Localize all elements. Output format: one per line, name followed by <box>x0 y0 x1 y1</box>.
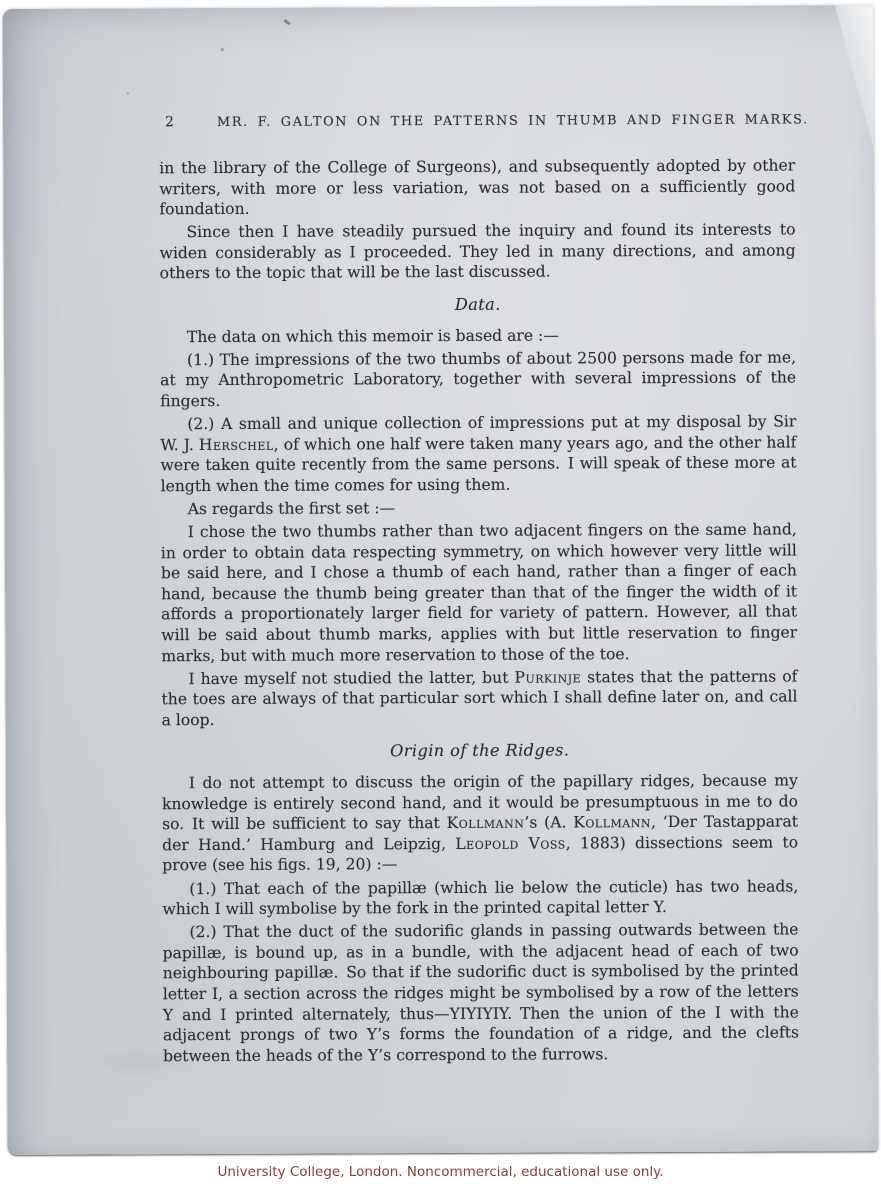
small-caps-name: Purkinje <box>514 668 581 686</box>
paragraph: in the library of the College of Surgeon… <box>159 155 795 220</box>
section-heading: Origin of the Ridges. <box>162 740 798 763</box>
running-header: 2 MR. F. GALTON ON THE PATTERNS IN THUMB… <box>159 111 795 131</box>
scan-background: { "colors": { "paper": "#d3d7db", "ink":… <box>0 0 881 1190</box>
page-body: in the library of the College of Surgeon… <box>159 155 799 1066</box>
page-content: 2 MR. F. GALTON ON THE PATTERNS IN THUMB… <box>159 111 799 1069</box>
page-number: 2 <box>165 114 217 130</box>
scanned-page: 2 MR. F. GALTON ON THE PATTERNS IN THUMB… <box>3 5 879 1155</box>
running-title: MR. F. GALTON ON THE PATTERNS IN THUMB A… <box>217 112 809 131</box>
section-heading: Data. <box>160 294 796 317</box>
footer-credit: University College, London. Noncommercia… <box>0 1158 881 1190</box>
paragraph: (1.) That each of the papillæ (which lie… <box>162 876 798 920</box>
paragraph: The data on which this memoir is based a… <box>160 324 796 347</box>
dust-speck <box>221 48 224 51</box>
pen-mark <box>283 19 290 26</box>
small-caps-name: Herschel <box>199 435 274 453</box>
small-caps-name: Leopold Voss <box>455 834 565 852</box>
small-caps-name: Kollmann <box>573 813 651 831</box>
paragraph: As regards the first set :— <box>161 496 797 519</box>
paragraph: (2.) That the duct of the sudorific glan… <box>162 920 799 1067</box>
paragraph: I chose the two thumbs rather than two a… <box>161 519 798 666</box>
paragraph: I do not attempt to discuss the origin o… <box>162 770 798 876</box>
small-caps-name: Kollmann <box>447 814 525 832</box>
paragraph: I have myself not studied the latter, bu… <box>161 666 797 731</box>
paragraph: (2.) A small and unique collection of im… <box>160 411 796 496</box>
folded-corner <box>821 5 874 155</box>
dust-speck <box>127 92 129 94</box>
paragraph: (1.) The impressions of the two thumbs o… <box>160 347 796 412</box>
paragraph: Since then I have steadily pursued the i… <box>159 220 795 285</box>
